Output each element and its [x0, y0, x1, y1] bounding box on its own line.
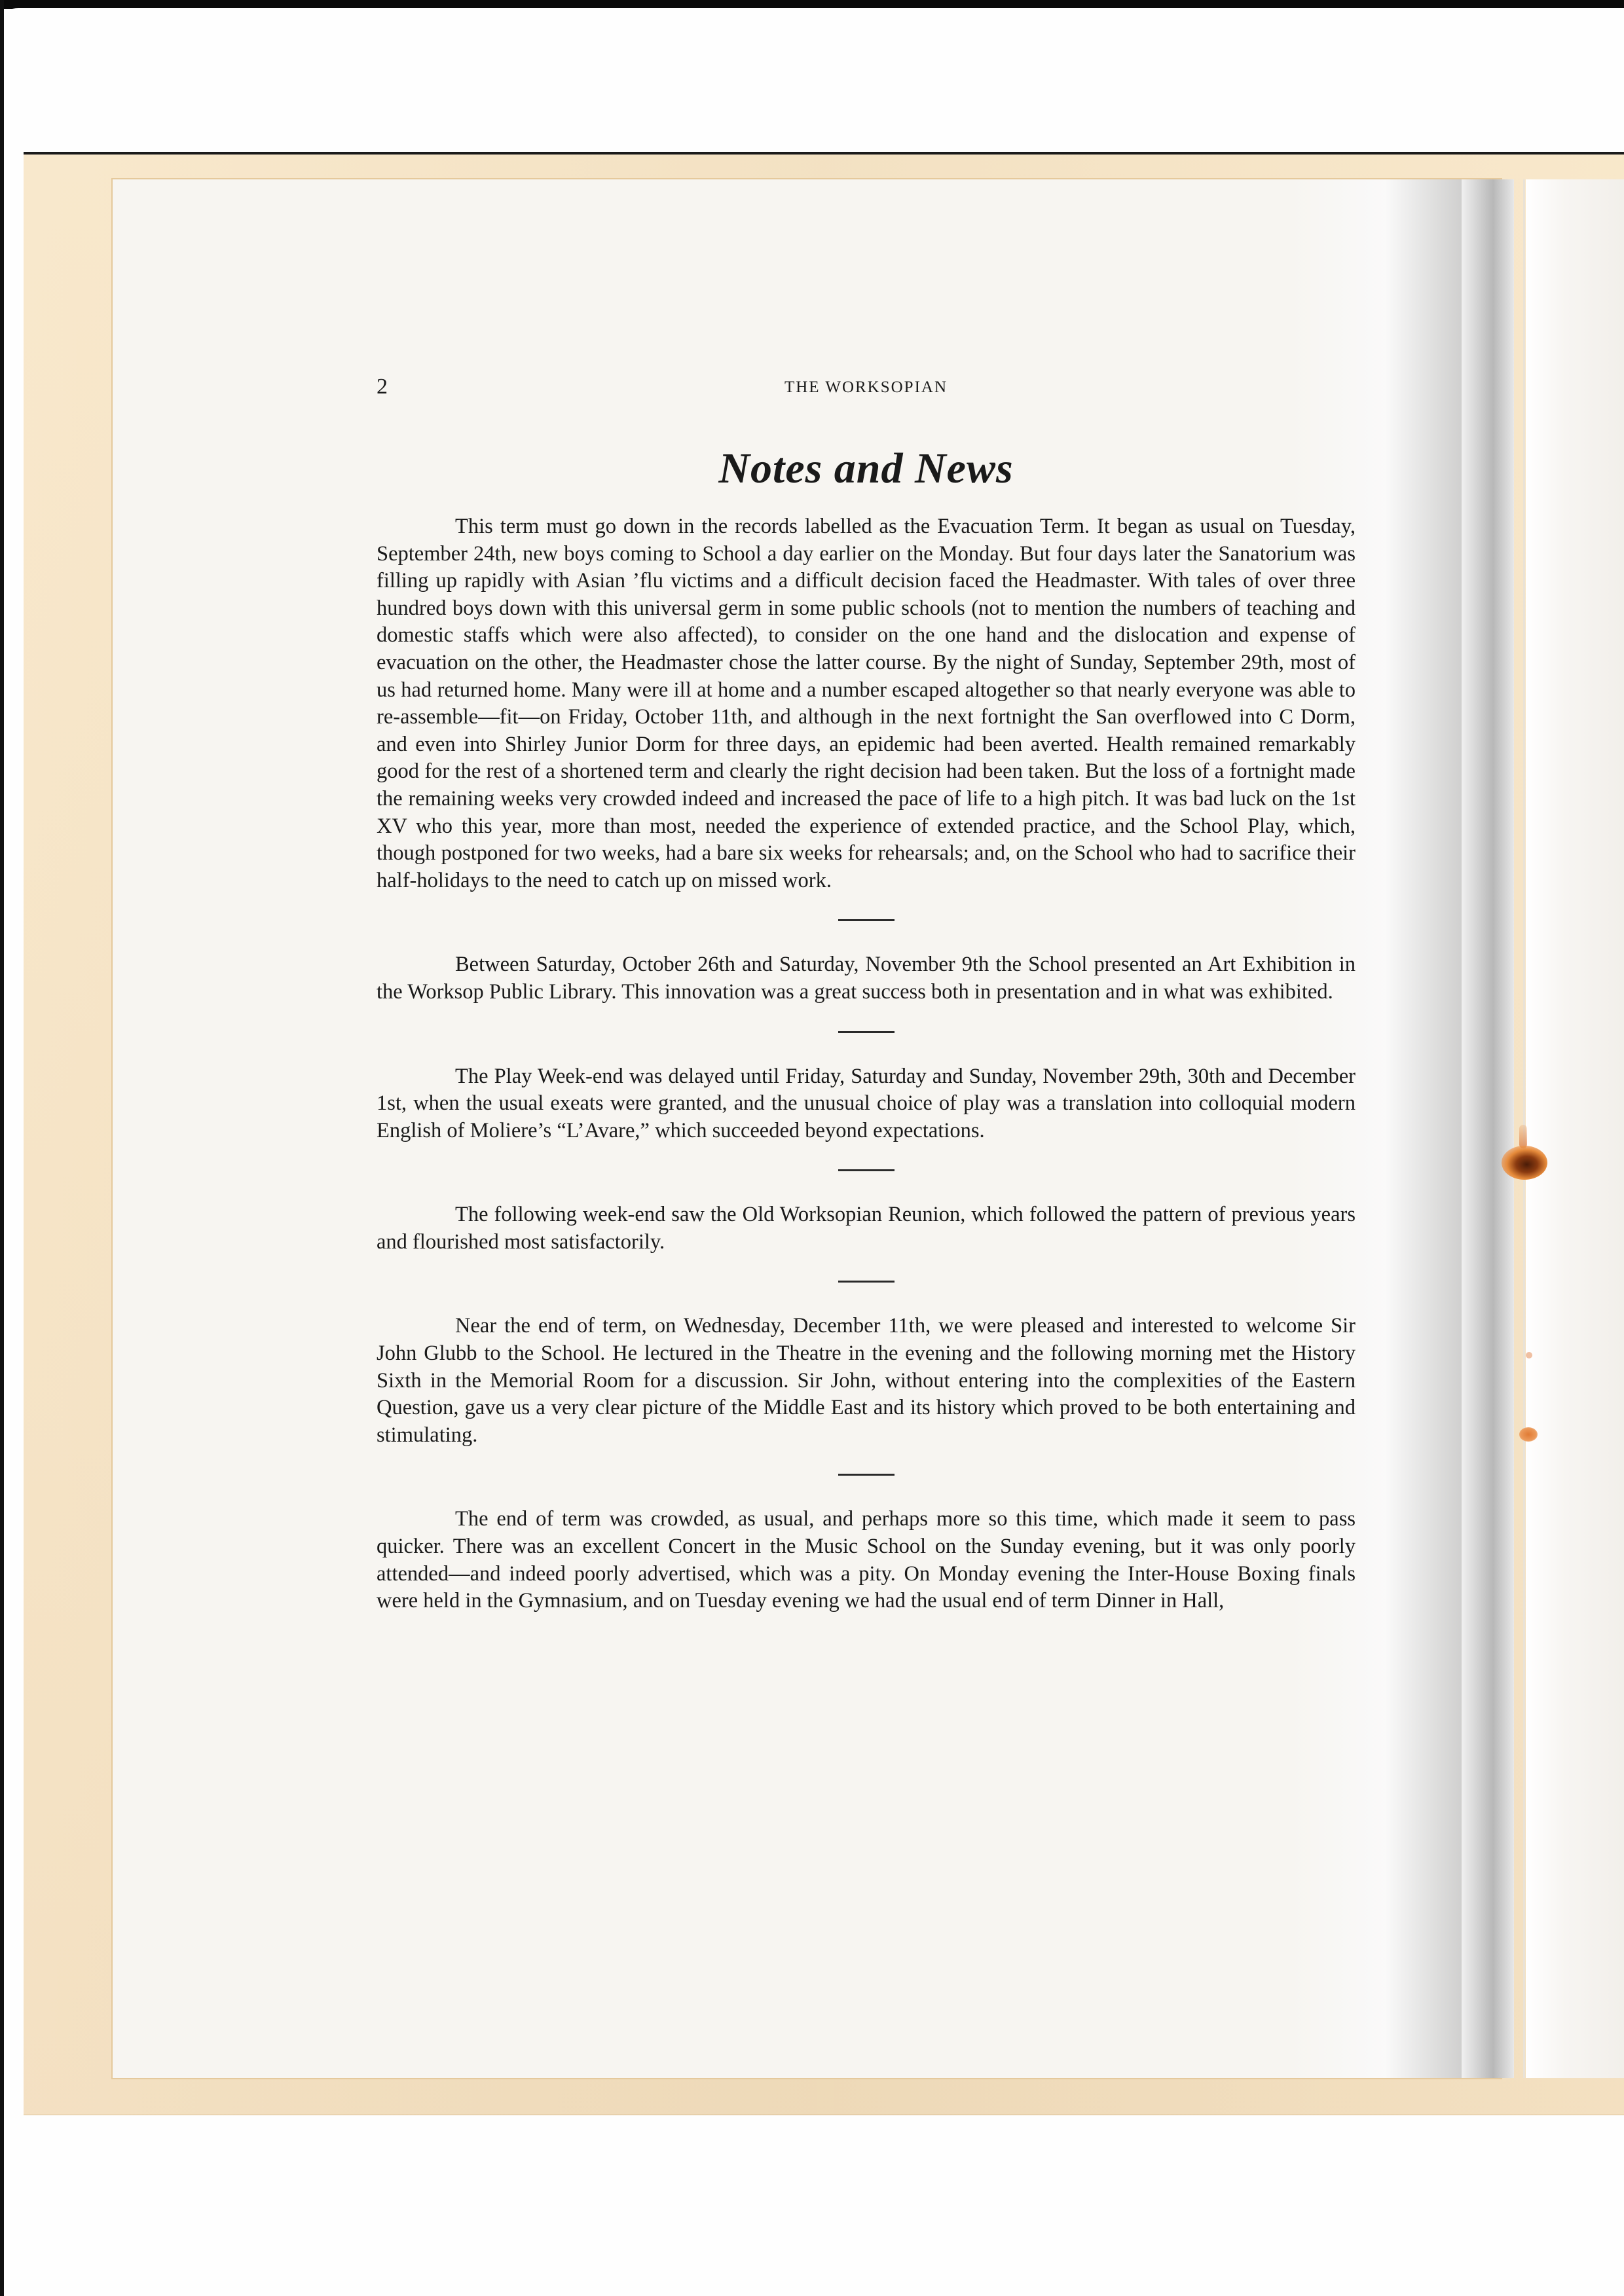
section-divider — [838, 919, 895, 921]
paragraph-art-exhibition: Between Saturday, October 26th and Satur… — [377, 951, 1356, 1006]
section-divider — [838, 1169, 895, 1171]
article-body: This term must go down in the records la… — [377, 513, 1356, 1615]
page-content: 2 THE WORKSOPIAN Notes and News This ter… — [377, 374, 1356, 1615]
rust-stain-dot — [1526, 1352, 1532, 1358]
section-title: Notes and News — [377, 443, 1356, 495]
paragraph-sir-john-glubb: Near the end of term, on Wednesday, Dece… — [377, 1313, 1356, 1449]
rust-stain-large — [1502, 1146, 1547, 1180]
rust-stain-small — [1519, 1427, 1538, 1442]
running-header: 2 THE WORKSOPIAN — [377, 374, 1356, 407]
rust-stain-drip — [1519, 1125, 1527, 1148]
paragraph-old-worksopian-reunion: The following week-end saw the Old Works… — [377, 1201, 1356, 1256]
section-divider — [838, 1031, 895, 1033]
journal-title: THE WORKSOPIAN — [377, 378, 1356, 397]
paragraph-evacuation-term: This term must go down in the records la… — [377, 513, 1356, 894]
section-divider — [838, 1281, 895, 1283]
section-divider — [838, 1474, 895, 1476]
paragraph-play-weekend: The Play Week-end was delayed until Frid… — [377, 1063, 1356, 1145]
book-gutter-fold — [1462, 179, 1514, 2078]
next-page-edge — [1526, 179, 1624, 2078]
paragraph-end-of-term: The end of term was crowded, as usual, a… — [377, 1506, 1356, 1614]
